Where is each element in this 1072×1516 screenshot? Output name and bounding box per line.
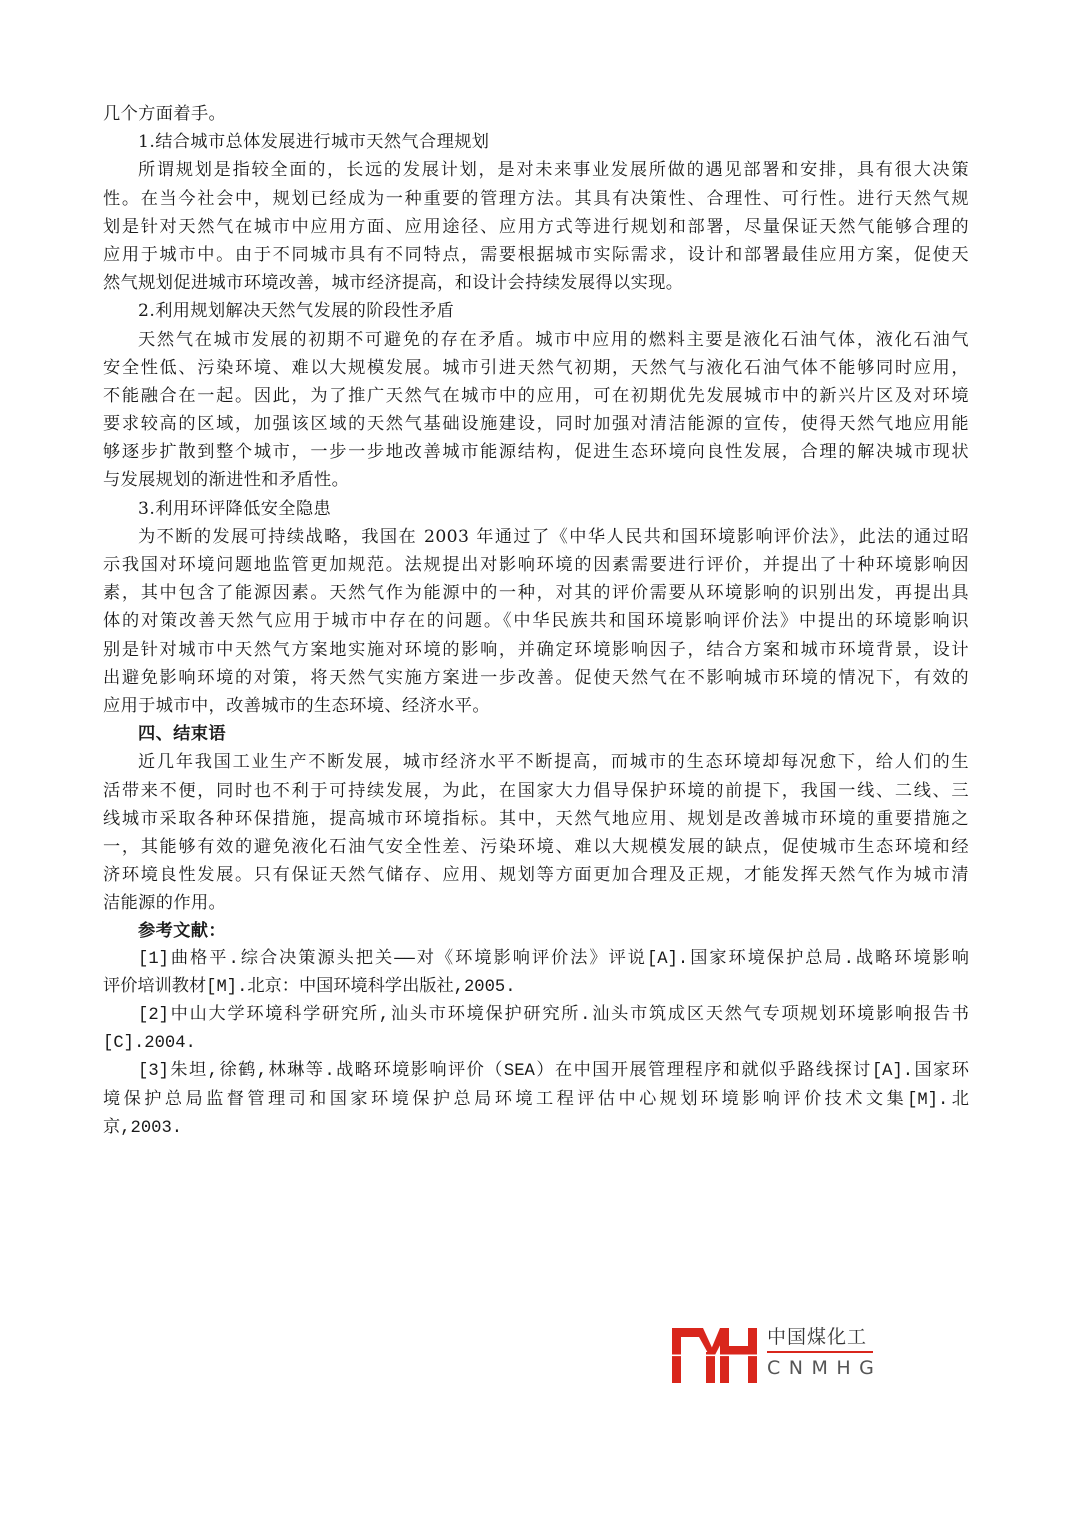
subheading-2: 2.利用规划解决天然气发展的阶段性矛盾 xyxy=(103,297,969,325)
reference-entry-2: [2]中山大学环境科学研究所,汕头市环境保护研究所.汕头市筑成区天然气专项规划环… xyxy=(103,1002,969,1030)
paragraph-line: 为不断的发展可持续战略，我国在 2003 年通过了《中华人民共和国环境影响评价法… xyxy=(103,523,969,551)
paragraph-line: 然气规划促进城市环境改善，城市经济提高，和设计会持续发展得以实现。 xyxy=(103,269,969,297)
paragraph-line: 出避免影响环境的对策，将天然气实施方案进一步改善。促使天然气在不影响城市环境的情… xyxy=(103,664,969,692)
logo-chinese-name: 中国煤化工 xyxy=(767,1325,867,1349)
subheading-1: 1.结合城市总体发展进行城市天然气合理规划 xyxy=(103,128,969,156)
paragraph-line: 线城市采取各种环保措施，提高城市环境指标。其中，天然气地应用、规划是改善城市环境… xyxy=(103,805,969,833)
paragraph-line: 应用于城市中。由于不同城市具有不同特点，需要根据城市实际需求，设计和部署最佳应用… xyxy=(103,241,969,269)
paragraph-line-continuation: 几个方面着手。 xyxy=(103,100,969,128)
paragraph-line: 性。在当今社会中，规划已经成为一种重要的管理方法。其具有决策性、合理性、可行性。… xyxy=(103,185,969,213)
paragraph-line: 近几年我国工业生产不断发展，城市经济水平不断提高，而城市的生态环境却每况愈下，给… xyxy=(103,748,969,776)
paragraph-line: 应用于城市中，改善城市的生态环境、经济水平。 xyxy=(103,692,969,720)
reference-entry-1-cont: 评价培训教材[M].北京：中国环境科学出版社,2005. xyxy=(103,974,969,1002)
document-page: 几个方面着手。 1.结合城市总体发展进行城市天然气合理规划 所谓规划是指较全面的… xyxy=(0,0,1072,1516)
paragraph-line: 所谓规划是指较全面的，长远的发展计划，是对未来事业发展所做的遇见部署和安排，具有… xyxy=(103,156,969,184)
mh-logo-mark-icon xyxy=(668,1322,763,1390)
reference-entry-3-cont: 京,2003. xyxy=(103,1115,969,1143)
paragraph-line: 要求较高的区域，加强该区域的天然气基础设施建设，同时加强对清洁能源的宣传，使得天… xyxy=(103,410,969,438)
paragraph-line: 洁能源的作用。 xyxy=(103,889,969,917)
paragraph-line: 与发展规划的渐进性和矛盾性。 xyxy=(103,466,969,494)
reference-entry-3-cont: 境保护总局监督管理司和国家环境保护总局环境工程评估中心规划环境影响评价技术文集[… xyxy=(103,1087,969,1115)
reference-entry-1: [1]曲格平.综合决策源头把关——对《环境影响评价法》评说[A].国家环境保护总… xyxy=(103,946,969,974)
paragraph-line: 示我国对环境问题地监管更加规范。法规提出对影响环境的因素需要进行评价，并提出了十… xyxy=(103,551,969,579)
paragraph-line: 够逐步扩散到整个城市，一步一步地改善城市能源结构，促进生态环境向良性发展，合理的… xyxy=(103,438,969,466)
references-heading: 参考文献： xyxy=(103,917,969,945)
paragraph-line: 一，其能够有效的避免液化石油气安全性差、污染环境、难以大规模发展的缺点，促使城市… xyxy=(103,833,969,861)
paragraph-line: 济环境良性发展。只有保证天然气储存、应用、规划等方面更加合理及正规，才能发挥天然… xyxy=(103,861,969,889)
paragraph-line: 体的对策改善天然气应用于城市中存在的问题。《中华民族共和国环境影响评价法》中提出… xyxy=(103,607,969,635)
subheading-3: 3.利用环评降低安全隐患 xyxy=(103,495,969,523)
paragraph-line: 别是针对城市中天然气方案地实施对环境的影响，并确定环境影响因子，结合方案和城市环… xyxy=(103,636,969,664)
reference-entry-2-cont: [C].2004. xyxy=(103,1030,969,1058)
paragraph-line: 不能融合在一起。因此，为了推广天然气在城市中的应用，可在初期优先发展城市中的新兴… xyxy=(103,382,969,410)
paragraph-line: 活带来不便，同时也不利于可持续发展，为此，在国家大力倡导保护环境的前提下，我国一… xyxy=(103,777,969,805)
publisher-logo: 中国煤化工 CNMHG xyxy=(668,1322,888,1392)
reference-entry-3: [3]朱坦,徐鹤,林琳等.战略环境影响评价（SEA）在中国开展管理程序和就似乎路… xyxy=(103,1058,969,1086)
logo-english-name: CNMHG xyxy=(767,1356,882,1380)
article-body: 几个方面着手。 1.结合城市总体发展进行城市天然气合理规划 所谓规划是指较全面的… xyxy=(103,100,969,1143)
paragraph-line: 安全性低、污染环境、难以大规模发展。城市引进天然气初期，天然气与液化石油气体不能… xyxy=(103,354,969,382)
paragraph-line: 划是针对天然气在城市中应用方面、应用途径、应用方式等进行规划和部署，尽量保证天然… xyxy=(103,213,969,241)
paragraph-line: 天然气在城市发展的初期不可避免的存在矛盾。城市中应用的燃料主要是液化石油气体，液… xyxy=(103,326,969,354)
logo-divider xyxy=(767,1351,873,1353)
paragraph-line: 素，其中包含了能源因素。天然气作为能源中的一种，对其的评价需要从环境影响的识别出… xyxy=(103,579,969,607)
section-heading-conclusion: 四、结束语 xyxy=(103,720,969,748)
